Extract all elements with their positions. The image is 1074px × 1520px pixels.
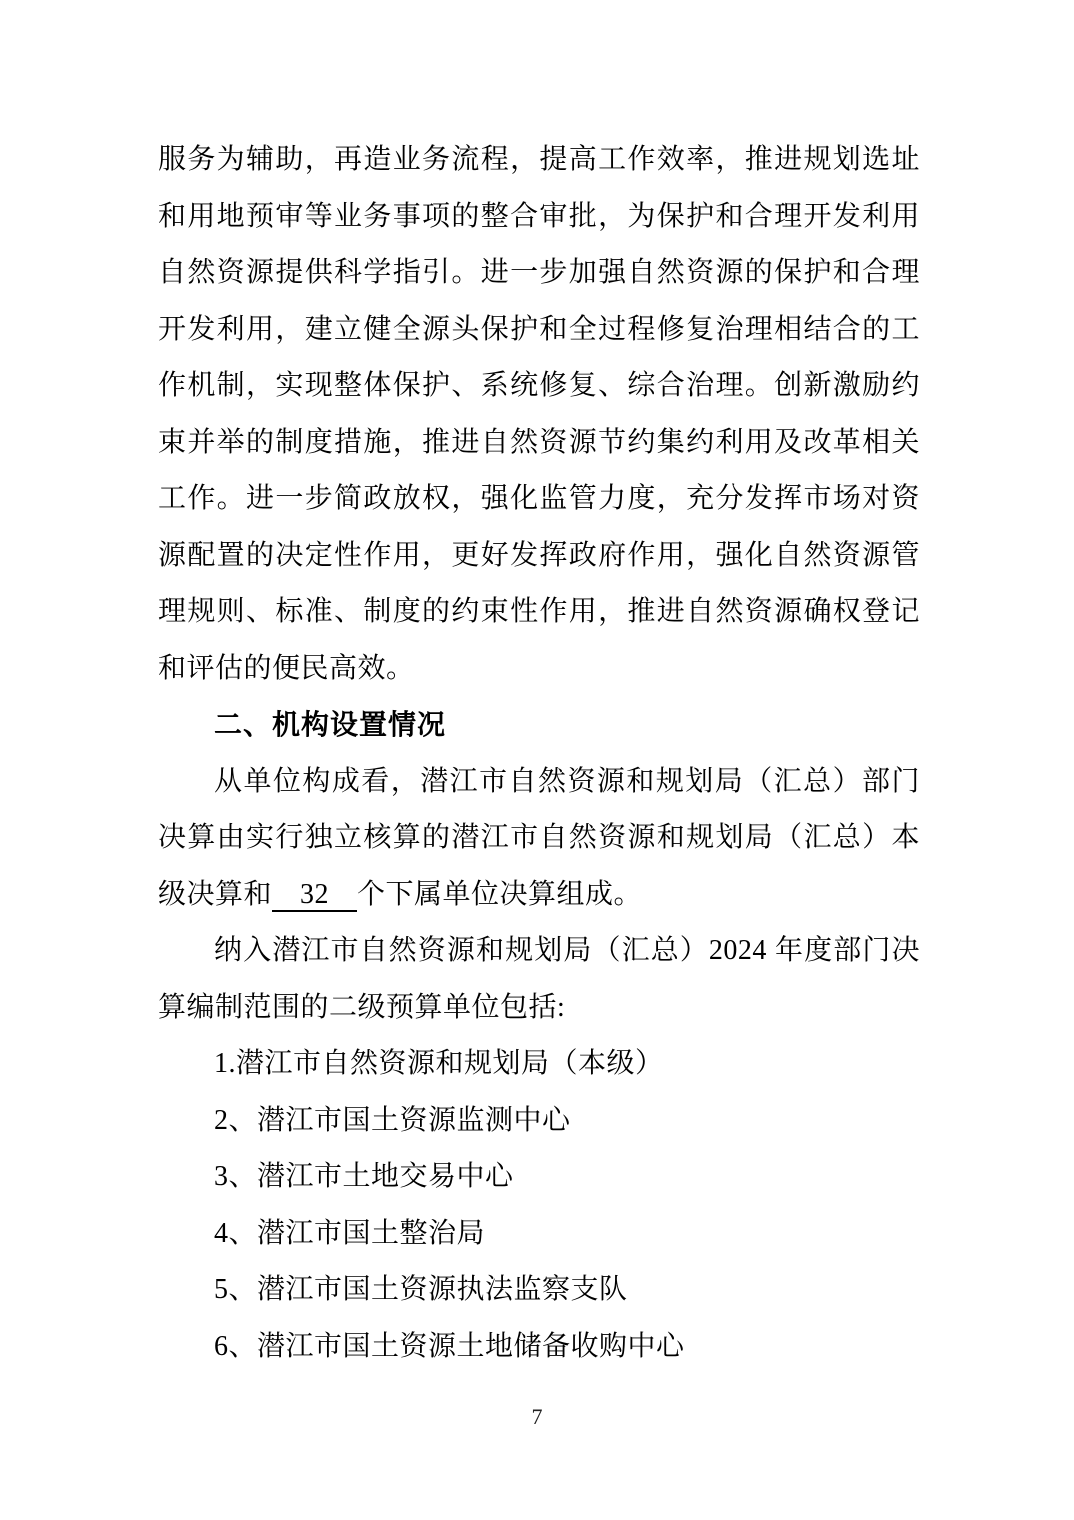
document-body: 服务为辅助，再造业务流程，提高工作效率，推进规划选址和用地预审等业务事项的整合审… [158,132,920,1375]
paragraph-line: 作机制，实现整体保护、系统修复、综合治理。创新激励约 [158,358,920,415]
text-segment: 个下属单位决算组成。 [357,879,642,910]
page-number: 7 [532,1404,543,1429]
list-item: 2、潜江市国土资源监测中心 [158,1093,920,1150]
paragraph-line: 和用地预审等业务事项的整合审批，为保护和合理开发利用 [158,189,920,246]
paragraph-line: 从单位构成看，潜江市自然资源和规划局（汇总）部门 [158,754,920,811]
paragraph-line: 源配置的决定性作用，更好发挥政府作用，强化自然资源管 [158,528,920,585]
document-page: 服务为辅助，再造业务流程，提高工作效率，推进规划选址和用地预审等业务事项的整合审… [0,0,1074,1520]
list-item: 5、潜江市国土资源执法监察支队 [158,1262,920,1319]
paragraph-line: 束并举的制度措施，推进自然资源节约集约利用及改革相关 [158,415,920,472]
paragraph-line: 自然资源提供科学指引。进一步加强自然资源的保护和合理 [158,245,920,302]
paragraph-line-with-blank: 级决算和32个下属单位决算组成。 [158,867,920,924]
text-segment: 级决算和 [158,879,272,910]
underlined-value: 32 [272,879,357,912]
paragraph-line: 服务为辅助，再造业务流程，提高工作效率，推进规划选址 [158,132,920,189]
paragraph-line: 和评估的便民高效。 [158,641,920,698]
list-item: 1.潜江市自然资源和规划局（本级） [158,1036,920,1093]
paragraph-line: 工作。进一步简政放权，强化监管力度，充分发挥市场对资 [158,471,920,528]
paragraph-line: 决算由实行独立核算的潜江市自然资源和规划局（汇总）本 [158,810,920,867]
paragraph-line: 理规则、标准、制度的约束性作用，推进自然资源确权登记 [158,584,920,641]
page-footer: 7 [0,1402,1074,1432]
list-item: 3、潜江市土地交易中心 [158,1149,920,1206]
paragraph-line: 开发利用，建立健全源头保护和全过程修复治理相结合的工 [158,302,920,359]
list-item: 4、潜江市国土整治局 [158,1206,920,1263]
paragraph-line: 纳入潜江市自然资源和规划局（汇总）2024 年度部门决 [158,923,920,980]
paragraph-line: 算编制范围的二级预算单位包括: [158,980,920,1037]
list-item: 6、潜江市国土资源土地储备收购中心 [158,1319,920,1376]
section-heading: 二、机构设置情况 [158,697,920,754]
